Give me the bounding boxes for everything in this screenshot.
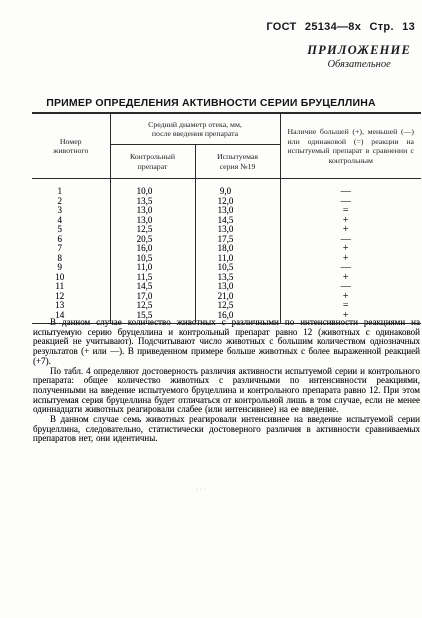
- reaction-sign: —: [280, 197, 421, 207]
- animal-number: 5: [32, 225, 110, 235]
- test-value: 17,5: [195, 235, 280, 245]
- control-value: 11,0: [110, 263, 195, 273]
- animal-number: 11: [32, 282, 110, 292]
- animal-number: 8: [32, 254, 110, 264]
- animal-number: 9: [32, 263, 110, 273]
- reaction-sign: +: [280, 216, 421, 226]
- reaction-sign: —: [280, 263, 421, 273]
- test-value: 13,0: [195, 225, 280, 235]
- paragraph-conclusion: В данном случае семь животных реагировал…: [33, 415, 420, 444]
- printers-mark: ···: [196, 487, 208, 493]
- control-value: 10,0: [110, 179, 195, 197]
- table-body: 110,09,0— 213,512,0— 313,013,0= 413,014,…: [32, 179, 421, 324]
- reaction-sign: +: [280, 244, 421, 254]
- control-value: 12,5: [110, 225, 195, 235]
- animal-number: 3: [32, 206, 110, 216]
- control-value: 13,0: [110, 206, 195, 216]
- reaction-sign: —: [280, 179, 421, 197]
- table-row: 110,09,0—: [32, 179, 421, 197]
- animal-number: 10: [32, 273, 110, 283]
- test-value: 11,0: [195, 254, 280, 264]
- animal-number: 1: [32, 179, 110, 197]
- reaction-sign: =: [280, 301, 421, 311]
- control-value: 17,0: [110, 292, 195, 302]
- gost-page-header: ГОСТ 25134—8х Стр. 13: [266, 21, 415, 33]
- annex-title: ПРИЛОЖЕНИЕ: [307, 43, 411, 58]
- test-value: 12,5: [195, 301, 280, 311]
- paragraph-table4-reliability: По табл. 4 определяют достоверность разл…: [33, 367, 420, 416]
- document-page: ГОСТ 25134—8х Стр. 13 ПРИЛОЖЕНИЕ Обязате…: [0, 0, 422, 618]
- test-value: 12,0: [195, 197, 280, 207]
- animal-number: 4: [32, 216, 110, 226]
- test-value: 14,5: [195, 216, 280, 226]
- test-value: 9,0: [195, 179, 280, 197]
- control-value: 12,5: [110, 301, 195, 311]
- column-header-test-series: Испытуемая серия №19: [195, 145, 280, 179]
- brucellin-activity-table: Номер животного Средний диаметр отека, м…: [32, 112, 421, 324]
- annex-subtitle: Обязательное: [307, 59, 411, 70]
- column-header-control-preparation: Контрольный препарат: [110, 145, 195, 179]
- reaction-sign: =: [280, 206, 421, 216]
- column-header-reaction: Наличие большей (+), меньшей (—) или оди…: [280, 113, 421, 179]
- animal-number: 13: [32, 301, 110, 311]
- test-value: 10,5: [195, 263, 280, 273]
- animal-number: 12: [32, 292, 110, 302]
- control-value: 13,0: [110, 216, 195, 226]
- animal-number: 7: [32, 244, 110, 254]
- reaction-sign: +: [280, 292, 421, 302]
- control-value: 20,5: [110, 235, 195, 245]
- control-value: 11,5: [110, 273, 195, 283]
- test-value: 13,0: [195, 282, 280, 292]
- table-header: Номер животного Средний диаметр отека, м…: [32, 113, 421, 179]
- test-value: 13,5: [195, 273, 280, 283]
- column-header-diameter-group: Средний диаметр отека, мм, после введени…: [110, 113, 280, 145]
- column-header-animal-number: Номер животного: [32, 113, 110, 179]
- test-value: 18,0: [195, 244, 280, 254]
- document-title: ПРИМЕР ОПРЕДЕЛЕНИЯ АКТИВНОСТИ СЕРИИ БРУЦ…: [0, 97, 422, 109]
- animal-number: 2: [32, 197, 110, 207]
- control-value: 14,5: [110, 282, 195, 292]
- test-value: 13,0: [195, 206, 280, 216]
- control-value: 16,0: [110, 244, 195, 254]
- reaction-sign: —: [280, 235, 421, 245]
- reaction-sign: —: [280, 282, 421, 292]
- control-value: 10,5: [110, 254, 195, 264]
- paragraph-example-count: В данном случае количество животных с ра…: [33, 318, 420, 367]
- animal-number: 6: [32, 235, 110, 245]
- body-text: В данном случае количество животных с ра…: [33, 318, 420, 444]
- control-value: 13,5: [110, 197, 195, 207]
- annex-block: ПРИЛОЖЕНИЕ Обязательное: [307, 43, 411, 70]
- test-value: 21,0: [195, 292, 280, 302]
